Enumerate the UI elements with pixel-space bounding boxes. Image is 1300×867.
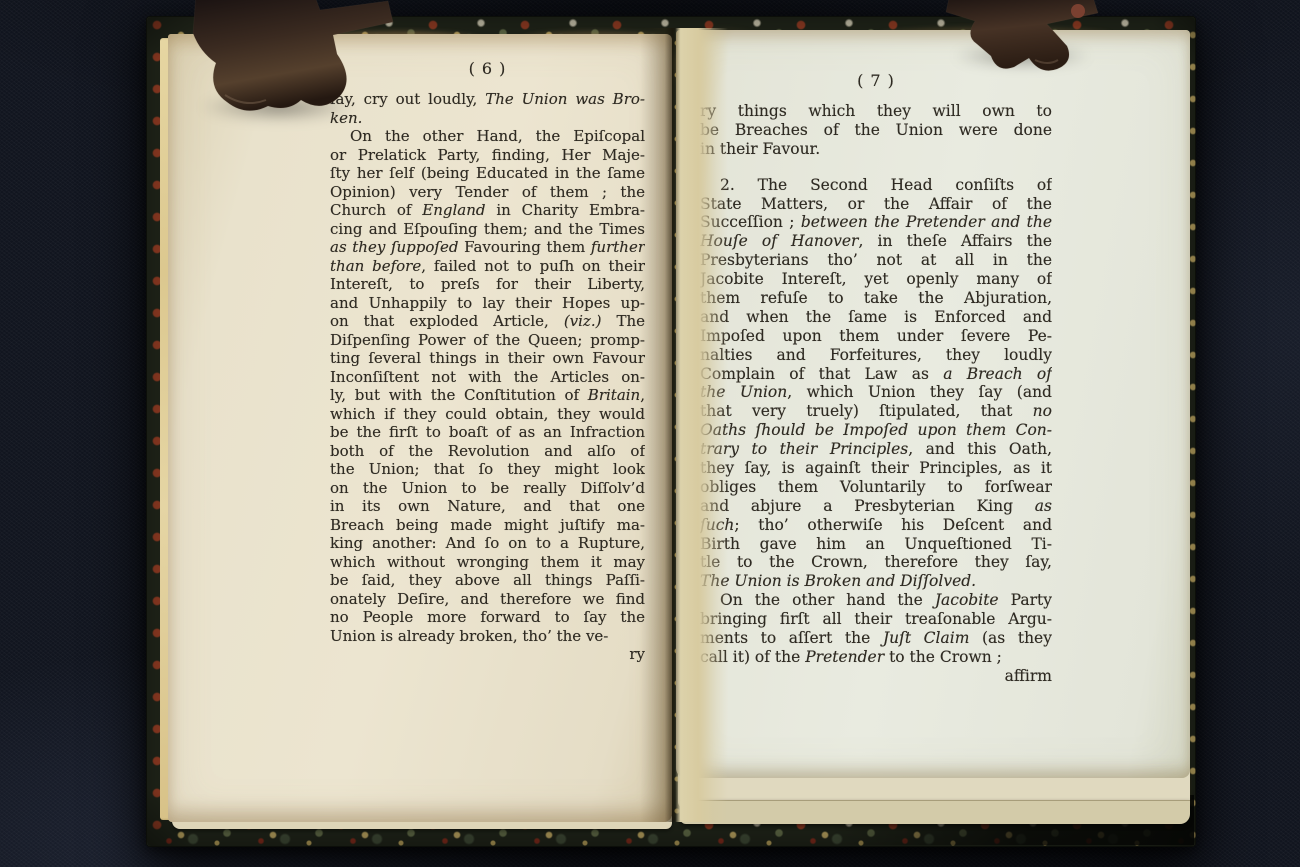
text-line: king another: And ſo on to a Rupture, bbox=[330, 534, 645, 553]
text-line: which without wronging them it may bbox=[330, 553, 645, 572]
text-line: the Union, which Union they ſay (and bbox=[700, 383, 1052, 402]
text-line: on the Union to be really Diſſolv’d bbox=[330, 479, 645, 498]
text-line: be the firſt to boaſt of as an Infractio… bbox=[330, 423, 645, 442]
text-line: State Matters, or the Affair of the bbox=[700, 195, 1052, 214]
catchword: ry bbox=[330, 645, 645, 664]
text-line: be ſaid, they above all things Paſſi- bbox=[330, 571, 645, 590]
text-line: cing and Eſpouſing them; and the Times bbox=[330, 220, 645, 239]
text-line: be Breaches of the Union were done bbox=[700, 121, 1052, 140]
book-gutter bbox=[640, 28, 728, 822]
text-line: which if they could obtain, they would bbox=[330, 405, 645, 424]
text-line: Opinion) very Tender of them ; the bbox=[330, 183, 645, 202]
catchword: affirm bbox=[700, 667, 1052, 686]
text-line: Oaths ſhould be Impoſed upon them Con- bbox=[700, 421, 1052, 440]
text-line: they ſay, is againſt their Principles, a… bbox=[700, 459, 1052, 478]
text-line: as they ſuppoſed Favouring them further bbox=[330, 238, 645, 257]
text-line: Impoſed upon them under ſevere Pe- bbox=[700, 327, 1052, 346]
text-line: in their Favour. bbox=[700, 140, 1052, 159]
text-line: Presbyterians tho’ not at all in the bbox=[700, 251, 1052, 270]
text-line: no People more forward to ſay the bbox=[330, 608, 645, 627]
text-line: ments to aſſert the Juſt Claim (as they bbox=[700, 629, 1052, 648]
text-line: Intereſt, to preſs for their Liberty, bbox=[330, 275, 645, 294]
text-line: trary to their Principles, and this Oath… bbox=[700, 440, 1052, 459]
text-line: Diſpenſing Power of the Queen; promp- bbox=[330, 331, 645, 350]
text-line: Union is already broken, tho’ the ve- bbox=[330, 627, 645, 646]
text-line: The Union is Broken and Diſſolved. bbox=[700, 572, 1052, 591]
page-left-6: ( 6 ) ſay, cry out loudly, The Union was… bbox=[168, 34, 672, 822]
text-line: and abjure a Presbyterian King as bbox=[700, 497, 1052, 516]
page-stack-edge-right-2 bbox=[680, 800, 1190, 824]
text-line: ſty her ſelf (being Educated in the ſame bbox=[330, 164, 645, 183]
text-line: onately Deſire, and therefore we find bbox=[330, 590, 645, 609]
text-line: ken. bbox=[330, 109, 645, 128]
page-7-number: ( 7 ) bbox=[700, 70, 1052, 92]
text-line: that very truely) ſtipulated, that no bbox=[700, 402, 1052, 421]
text-line: Succeſſion ; between the Pretender and t… bbox=[700, 213, 1052, 232]
text-line: On the other Hand, the Epiſcopal bbox=[330, 127, 645, 146]
text-line: than before, failed not to puſh on their bbox=[330, 257, 645, 276]
text-line: ly, but with the Conſtitution of Britain… bbox=[330, 386, 645, 405]
text-line: nalties and Forfeitures, they loudly bbox=[700, 346, 1052, 365]
text-line: ſuch; tho’ otherwiſe his Deſcent and bbox=[700, 516, 1052, 535]
text-line: Inconſiſtent not with the Articles on- bbox=[330, 368, 645, 387]
text-line: 2. The Second Head conſiſts of bbox=[700, 176, 1052, 195]
text-line: obliges them Voluntarily to forſwear bbox=[700, 478, 1052, 497]
text-line: On the other hand the Jacobite Party bbox=[700, 591, 1052, 610]
text-line: bringing firſt all their treaſonable Arg… bbox=[700, 610, 1052, 629]
text-line: the Union; that ſo they might look bbox=[330, 460, 645, 479]
text-line: Complain of that Law as a Breach of bbox=[700, 365, 1052, 384]
text-line: or Prelatick Party, finding, Her Maje- bbox=[330, 146, 645, 165]
text-line: both of the Revolution and alſo of bbox=[330, 442, 645, 461]
page-6-body-text: ſay, cry out loudly, The Union was Bro-k… bbox=[330, 90, 645, 664]
page-6-number: ( 6 ) bbox=[330, 58, 645, 80]
page-right-7: ( 7 ) ry things which they will own tobe… bbox=[676, 30, 1190, 778]
text-line: and Unhappily to lay their Hopes up- bbox=[330, 294, 645, 313]
text-line: tle to the Crown, therefore they ſay, bbox=[700, 553, 1052, 572]
text-line: Houſe of Hanover, in theſe Affairs the bbox=[700, 232, 1052, 251]
text-line: ting ſeveral things in their own Favour bbox=[330, 349, 645, 368]
text-line: Breach being made might juſtify ma- bbox=[330, 516, 645, 535]
text-line: them refuſe to take the Abjuration, bbox=[700, 289, 1052, 308]
text-line: on that exploded Article, (viz.) The bbox=[330, 312, 645, 331]
text-line: Jacobite Intereſt, yet openly many of bbox=[700, 270, 1052, 289]
page-7-body-text: ry things which they will own tobe Breac… bbox=[700, 102, 1052, 686]
text-line: call it) of the Pretender to the Crown ; bbox=[700, 648, 1052, 667]
page-7-text-column: ( 7 ) ry things which they will own tobe… bbox=[700, 70, 1052, 686]
photo-of-open-book: ( 6 ) ſay, cry out loudly, The Union was… bbox=[0, 0, 1300, 867]
page-6-text-column: ( 6 ) ſay, cry out loudly, The Union was… bbox=[330, 58, 645, 664]
text-line: and when the ſame is Enforced and bbox=[700, 308, 1052, 327]
clasp-shadow-right bbox=[952, 44, 1092, 68]
text-line: ſay, cry out loudly, The Union was Bro- bbox=[330, 90, 645, 109]
text-line: Birth gave him an Unqueſtioned Ti- bbox=[700, 535, 1052, 554]
clasp-shadow-left bbox=[198, 92, 358, 122]
text-line: Church of England in Charity Embra- bbox=[330, 201, 645, 220]
text-line: in its own Nature, and that one bbox=[330, 497, 645, 516]
text-line: ry things which they will own to bbox=[700, 102, 1052, 121]
